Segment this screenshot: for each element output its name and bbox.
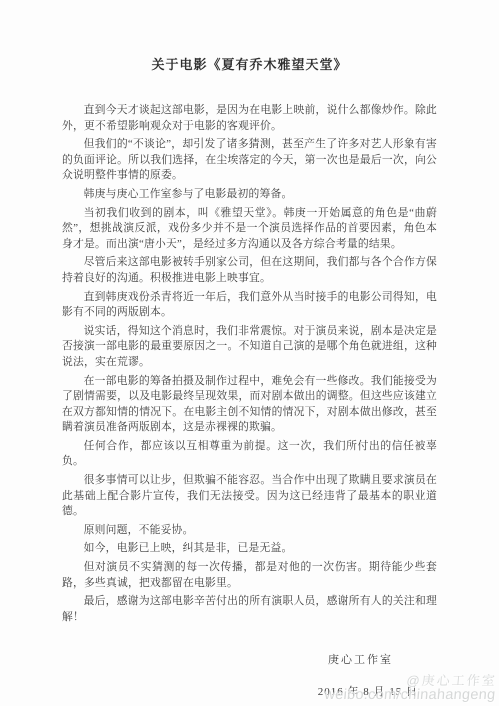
document-title: 关于电影《夏有乔木雅望天堂》 [62, 0, 437, 73]
paragraph: 当初我们收到的剧本，叫《雅望天堂》。韩庚一开始属意的角色是“曲蔚然”，想挑战演反… [62, 206, 437, 253]
paragraph: 很多事情可以让步，但欺骗不能容忍。当合作中出现了欺瞒且要求演员在此基础上配合影片… [62, 473, 437, 520]
paragraph: 在一部电影的筹备拍摄及制作过程中，难免会有一些修改。我们能接受为了剧情需要，以及… [62, 374, 437, 436]
paragraph: 韩庚与庚心工作室参与了电影最初的筹备。 [62, 187, 437, 203]
watermark-weibo-url: weibo.com/chinahangeng [324, 688, 496, 703]
watermark-weibo-handle: @庚心工作室 [325, 674, 497, 688]
paragraph: 说实话，得知这个消息时，我们非常震惊。对于演员来说，剧本是决定是否接演一部电影的… [62, 324, 437, 371]
paragraph: 但对演员不实猜测的每一次传播，都是对他的一次伤害。期待能少些套路，多些真诚，把戏… [62, 560, 437, 591]
paragraph: 如今，电影已上映，纠其是非，已是无益。 [62, 541, 437, 557]
paragraph: 直到今天才谈起这部电影，是因为在电影上映前，说什么都像炒作。除此外，更不希望影响… [62, 103, 437, 134]
watermark: @庚心工作室 weibo.com/chinahangeng [324, 674, 498, 703]
signature: 庚心工作室 [62, 651, 437, 667]
paragraph: 最后，感谢为这部电影辛苦付出的所有演职人员，感谢所有人的关注和理解！ [62, 594, 437, 625]
paragraph: 但我们的“不谈论”，却引发了诸多猜测，甚至产生了许多对艺人形象有害的负面评论。所… [62, 137, 437, 184]
paragraph: 尽管后来这部电影被转手别家公司，但在这期间，我们都与各个合作方保持着良好的沟通。… [62, 255, 437, 286]
document-page: 关于电影《夏有乔木雅望天堂》 直到今天才谈起这部电影，是因为在电影上映前，说什么… [0, 0, 499, 706]
paragraph: 原则问题，不能妥协。 [62, 523, 437, 539]
paragraph: 任何合作，都应该以互相尊重为前提。这一次，我们所付出的信任被辜负。 [62, 439, 437, 470]
paragraph: 直到韩庚戏份杀青将近一年后，我们意外从当时接手的电影公司得知，电影有不同的两版剧… [62, 290, 437, 321]
